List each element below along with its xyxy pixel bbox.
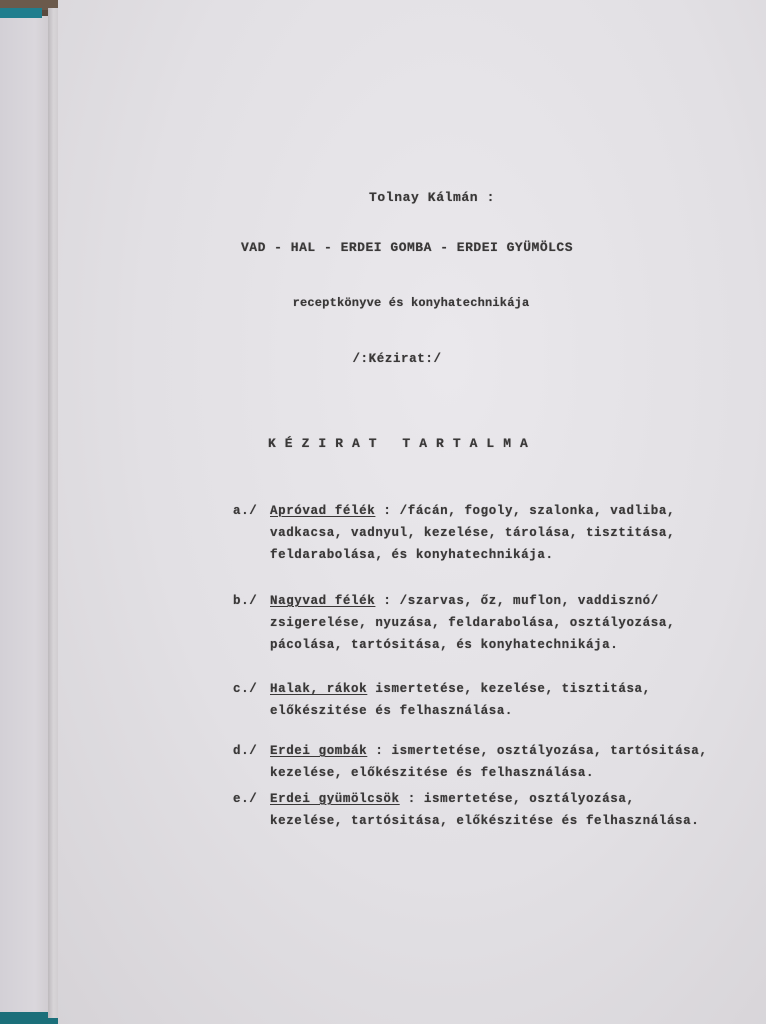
item-line: ismertetése, kezelése, tisztitása, (367, 682, 651, 696)
item-line: feldarabolása, és konyhatechnikája. (270, 544, 554, 566)
contents-item-e: e./ Erdei gyümölcsök : ismertetése, oszt… (233, 788, 763, 832)
item-marker: e./ (233, 788, 257, 810)
contents-item-a: a./ Apróvad félék : /fácán, fogoly, szal… (233, 500, 763, 566)
item-marker: b./ (233, 590, 257, 612)
item-line: zsigerelése, nyuzása, feldarabolása, osz… (270, 612, 675, 634)
item-marker: d./ (233, 740, 257, 762)
author-line: Tolnay Kálmán : (78, 190, 766, 205)
item-line: : ismertetése, osztályozása, tartósitása… (367, 744, 707, 758)
item-heading: Nagyvad félék (270, 594, 375, 608)
item-line: kezelése, előkészitése és felhasználása. (270, 762, 594, 784)
item-marker: a./ (233, 500, 257, 522)
typewritten-page: Tolnay Kálmán : VAD - HAL - ERDEI GOMBA … (58, 0, 766, 1024)
item-line: előkészitése és felhasználása. (270, 700, 513, 722)
item-heading: Erdei gyümölcsök (270, 792, 400, 806)
item-line: : ismertetése, osztályozása, (400, 792, 635, 806)
item-marker: c./ (233, 678, 257, 700)
item-heading: Erdei gombák (270, 744, 367, 758)
book-cover-edge (0, 8, 42, 18)
item-heading: Halak, rákok (270, 682, 367, 696)
item-line: vadkacsa, vadnyul, kezelése, tárolása, t… (270, 522, 675, 544)
item-line: : /szarvas, őz, muflon, vaddisznó/ (375, 594, 659, 608)
contents-heading: KÉZIRAT TARTALMA (268, 436, 537, 451)
document-title: VAD - HAL - ERDEI GOMBA - ERDEI GYÜMÖLCS (53, 240, 761, 255)
contents-item-c: c./ Halak, rákok ismertetése, kezelése, … (233, 678, 763, 722)
contents-item-d: d./ Erdei gombák : ismertetése, osztályo… (233, 740, 763, 784)
contents-item-b: b./ Nagyvad félék : /szarvas, őz, muflon… (233, 590, 763, 656)
item-heading: Apróvad félék (270, 504, 375, 518)
item-line: : /fácán, fogoly, szalonka, vadliba, (375, 504, 675, 518)
previous-page-leaf (0, 16, 50, 1018)
document-title-text: VAD - HAL - ERDEI GOMBA - ERDEI GYÜMÖLCS (241, 240, 573, 255)
item-line: kezelése, tartósitása, előkészitése és f… (270, 810, 699, 832)
document-subtitle: receptkönyve és konyhatechnikája (57, 296, 765, 310)
item-line: pácolása, tartósitása, és konyhatechniká… (270, 634, 618, 656)
manuscript-note: /:Kézirat:/ (43, 352, 751, 366)
